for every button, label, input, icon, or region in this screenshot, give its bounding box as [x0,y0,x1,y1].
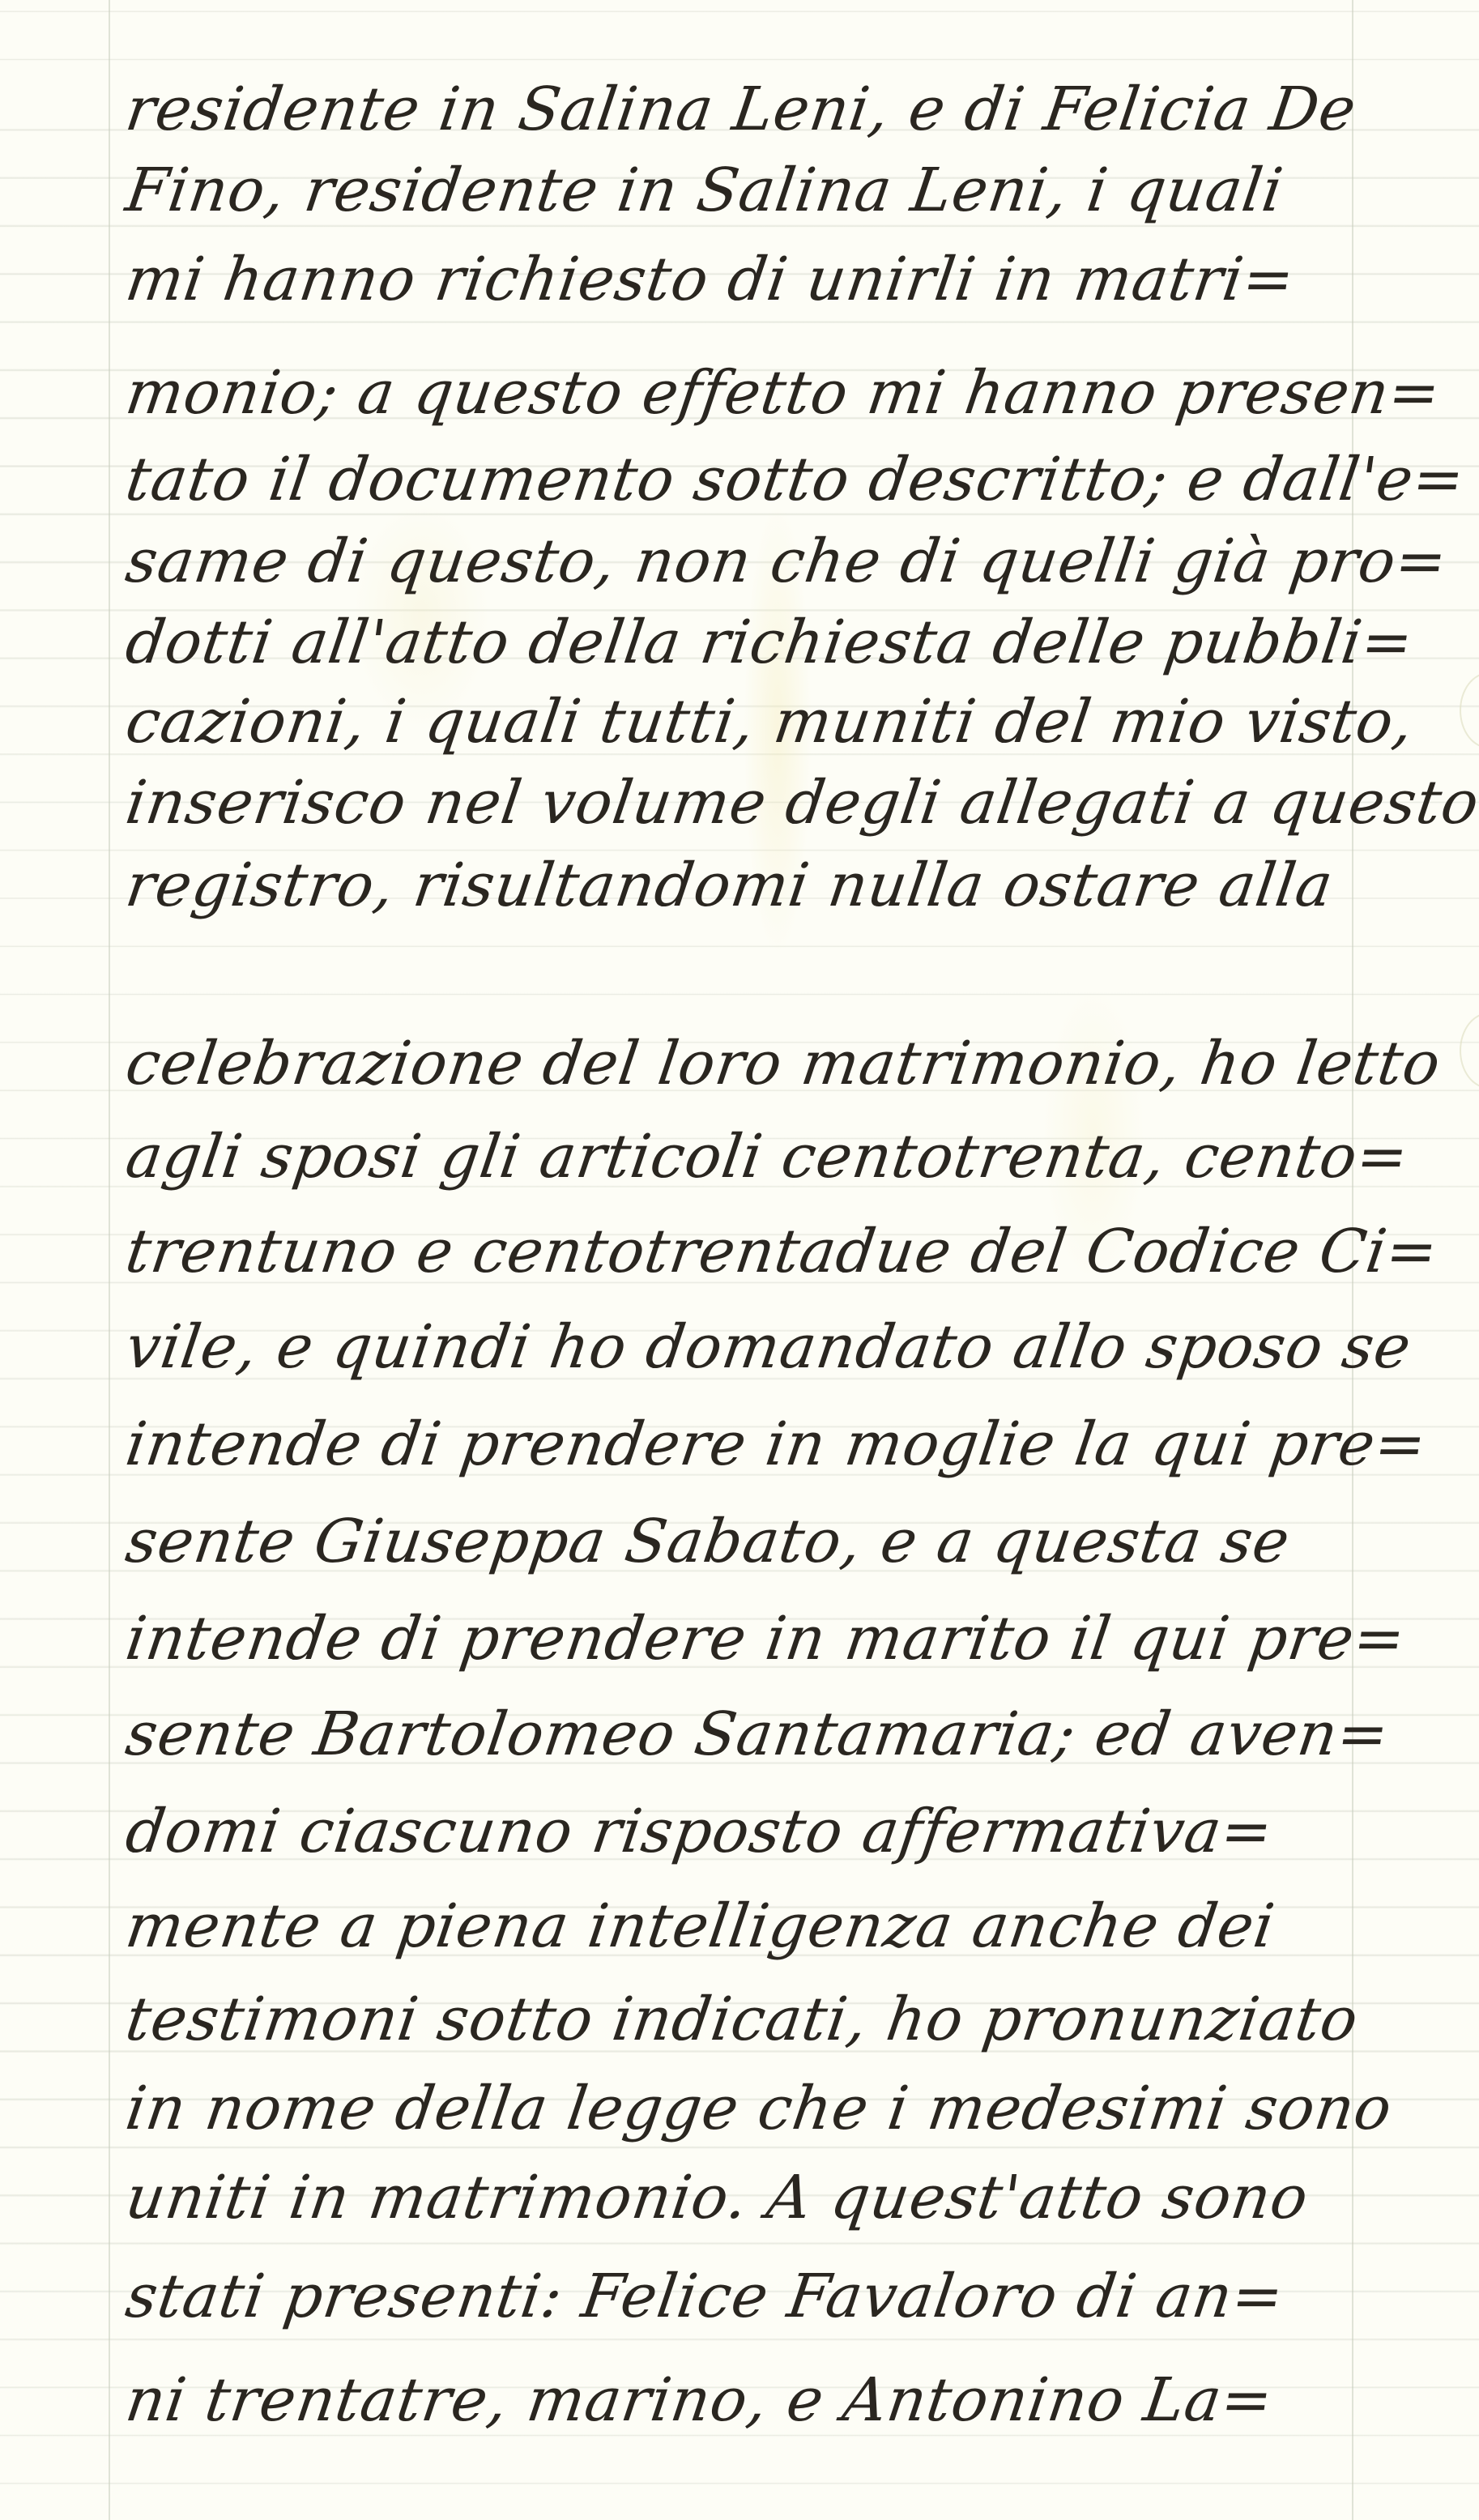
left-margin-rule [109,0,110,2520]
text-line: intende di prendere in moglie la qui pre… [121,1385,1375,1481]
text-line: sente Giuseppa Sabato, e a questa se [121,1482,1375,1578]
text-line: mi hanno richiesto di unirli in matri= [121,220,1375,316]
text-line: agli sposi gli articoli centotrenta, cen… [121,1098,1375,1193]
text-line: testimoni sotto indicati, ho pronunziato [121,1960,1375,2056]
text-line: registro, risultandomi nulla ostare alla [121,826,1375,922]
text-line: Fino, residente in Salina Leni, i quali [121,131,1375,227]
text-line: monio; a questo effetto mi hanno presen= [121,334,1375,429]
text-line: celebrazione del loro matrimonio, ho let… [121,1004,1375,1100]
text-line: vile, e quindi ho domandato allo sposo s… [121,1288,1375,1384]
document-page: residente in Salina Leni, e di Felicia D… [0,0,1479,2520]
text-line: stati presenti: Felice Favaloro di an= [121,2237,1375,2333]
text-line: domi ciascuno risposto affermativa= [121,1772,1375,1868]
text-line: inserisco nel volume degli allegati a qu… [121,744,1375,839]
text-line: intende di prendere in marito il qui pre… [121,1580,1375,1675]
text-line: trentuno e centotrentadue del Codice Ci= [121,1192,1375,1288]
text-line: in nome della legge che i medesimi sono [121,2049,1375,2145]
punch-hole-mark [1460,1013,1479,1089]
text-line: sente Bartolomeo Santamaria; ed aven= [121,1675,1375,1771]
text-line: mente a piena intelligenza anche dei [121,1867,1375,1963]
text-line: ni trentatre, marino, e Antonino La= [121,2341,1375,2437]
punch-hole-mark [1460,672,1479,748]
text-line: uniti in matrimonio. A quest'atto sono [121,2138,1375,2234]
